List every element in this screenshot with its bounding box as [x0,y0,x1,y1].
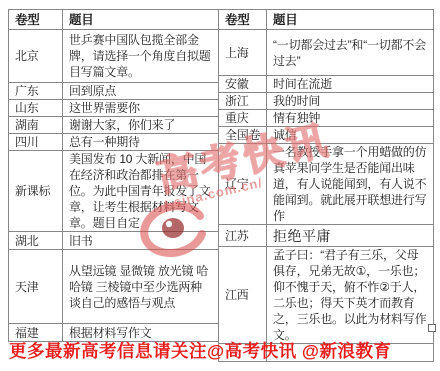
table-row: 重庆情有独钟 [219,110,434,127]
topic-cell: 拒绝平庸 [267,225,434,247]
column-header: 卷型 [219,10,267,30]
region-cell: 安徽 [219,76,267,93]
right-table-body: 卷型题目上海“一切都会过去”和“一切都不会过去”安徽时间在流逝浙江我的时间重庆情… [219,10,434,362]
right-exam-table: 卷型题目上海“一切都会过去”和“一切都不会过去”安徽时间在流逝浙江我的时间重庆情… [218,9,434,362]
region-cell: 江西 [219,247,267,344]
table-row: 江西孟子曰：“君子有三乐，父母俱存，兄弟无故①，一乐也；仰不愧于天，俯不怍②于人… [219,247,434,344]
footer-promo-text: 更多最新高考信息请关注@高考快讯 @新浪教育 [9,338,439,363]
column-header: 题目 [267,10,434,30]
region-cell: 浙江 [219,93,267,110]
topic-cell: 一名教授手拿一个用蜡做的仿真苹果问学生是否能闻出味道，有人说能闻到，有人说不能闻… [267,144,434,225]
table-row: 安徽时间在流逝 [219,76,434,93]
header-row: 卷型题目 [219,10,434,30]
topic-cell: 这世界需要你 [63,100,219,117]
topic-cell: 谢谢大家，你们来了 [63,117,219,134]
left-table-body: 卷型题目北京世乒赛中国队包揽全部金牌，请选择一个角度自拟题目写篇文章。广东回到原… [9,10,219,342]
table-row: 北京世乒赛中国队包揽全部金牌，请选择一个角度自拟题目写篇文章。 [9,30,219,83]
table-row: 新课标美国发布 10 大新闻，中国在经济和政治都排在第一位。为此中国青年报发了文… [9,151,219,232]
left-exam-table: 卷型题目北京世乒赛中国队包揽全部金牌，请选择一个角度自拟题目写篇文章。广东回到原… [8,9,219,342]
topic-cell: 诚信 [267,127,434,144]
region-cell: 重庆 [219,110,267,127]
region-cell: 广东 [9,83,63,100]
region-cell: 辽宁 [219,144,267,225]
region-cell: 北京 [9,30,63,83]
region-cell: 天津 [9,250,63,324]
topic-cell: 美国发布 10 大新闻，中国在经济和政治都排在第一位。为此中国青年报发了文章，让… [63,151,219,232]
table-row: 浙江我的时间 [219,93,434,110]
topic-cell: 孟子曰：“君子有三乐，父母俱存，兄弟无故①，一乐也；仰不愧于天，俯不怍②于人，二… [267,247,434,344]
region-cell: 新课标 [9,151,63,232]
table-row: 四川总有一种期待 [9,134,219,151]
topic-cell: 从望远镜 显微镜 放光镜 哈哈镜 三棱镜中至少选两种 谈自己的感悟与观点 [63,250,219,324]
table-row: 湖南谢谢大家，你们来了 [9,117,219,134]
column-header: 题目 [63,10,219,30]
region-cell: 上海 [219,30,267,76]
region-cell: 山东 [9,100,63,117]
region-cell: 湖北 [9,232,63,250]
exam-topics-tables: 卷型题目北京世乒赛中国队包揽全部金牌，请选择一个角度自拟题目写篇文章。广东回到原… [8,9,434,362]
topic-cell: 旧书 [63,232,219,250]
header-row: 卷型题目 [9,10,219,30]
resize-handle[interactable] [428,324,436,332]
topic-cell: 时间在流逝 [267,76,434,93]
table-row: 上海“一切都会过去”和“一切都不会过去” [219,30,434,76]
topic-cell: 世乒赛中国队包揽全部金牌，请选择一个角度自拟题目写篇文章。 [63,30,219,83]
topic-cell: 总有一种期待 [63,134,219,151]
table-row: 山东这世界需要你 [9,100,219,117]
region-cell: 全国卷 [219,127,267,144]
screenshot-stage: 卷型题目北京世乒赛中国队包揽全部金牌，请选择一个角度自拟题目写篇文章。广东回到原… [0,0,440,371]
topic-cell: 我的时间 [267,93,434,110]
table-row: 广东回到原点 [9,83,219,100]
table-row: 湖北旧书 [9,232,219,250]
topic-cell: 情有独钟 [267,110,434,127]
region-cell: 江苏 [219,225,267,247]
column-header: 卷型 [9,10,63,30]
table-row: 天津从望远镜 显微镜 放光镜 哈哈镜 三棱镜中至少选两种 谈自己的感悟与观点 [9,250,219,324]
topic-cell: “一切都会过去”和“一切都不会过去” [267,30,434,76]
table-row: 辽宁一名教授手拿一个用蜡做的仿真苹果问学生是否能闻出味道，有人说能闻到，有人说不… [219,144,434,225]
topic-cell: 回到原点 [63,83,219,100]
table-row: 江苏拒绝平庸 [219,225,434,247]
region-cell: 四川 [9,134,63,151]
region-cell: 湖南 [9,117,63,134]
table-row: 全国卷诚信 [219,127,434,144]
